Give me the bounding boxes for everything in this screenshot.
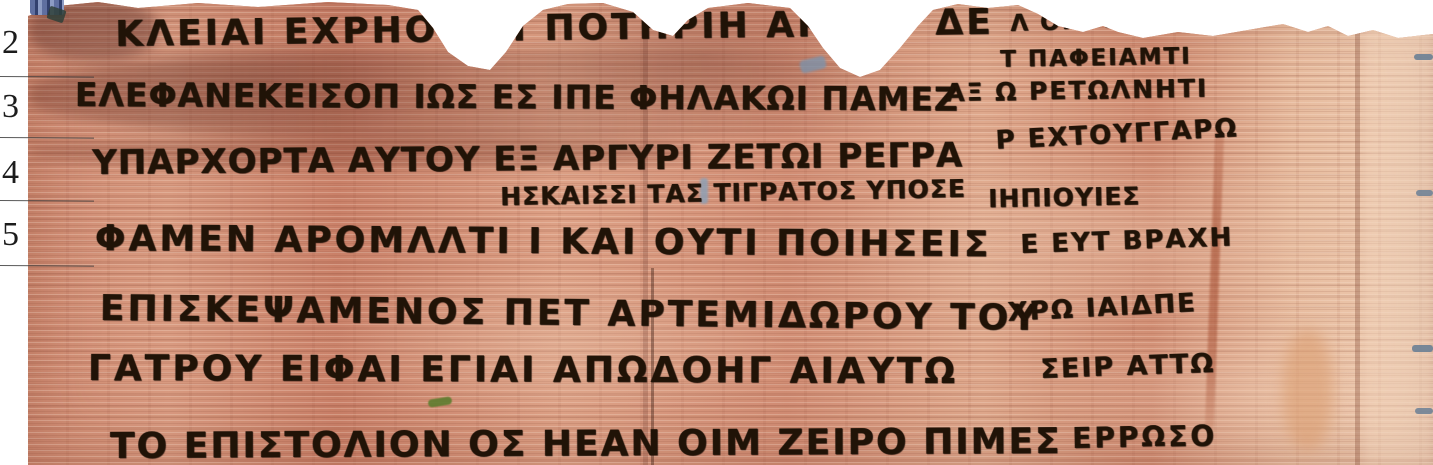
margin-note-6: ΧΡΩ ΙΑΙΔΠΕ <box>1007 290 1198 327</box>
margin-note-7: ΣΕΙΡ ΑΤΤΩ <box>1040 350 1216 384</box>
red-stain-streak <box>1205 130 1224 430</box>
gray-blue-smudge <box>799 55 827 74</box>
edge-mark-3 <box>1412 345 1433 352</box>
margin-note-3: ΑΞ Ω ΡΕΤΩΛΝΗΤΙ <box>945 75 1208 106</box>
papyrus-interlinear-line-a: ΗΣΚΑΙΣΣΙ ΤΑΣ ΤΙΓΡΑΤΟΣ ΥΠΟΣΕ <box>500 176 966 210</box>
margin-note-2: Τ ΠΑΦΕΙΑΜΤΙ <box>1000 45 1192 72</box>
papyrus-fragment: ΚΛΕΙΑΙ ΕΧΡΗΟ ΕΙ ΠΟΤΗΡΙΗ ΑΚΑΙ Υ ΔΕ ΕΛΕΦΑΝ… <box>28 0 1433 465</box>
edge-mark-4 <box>1415 408 1433 414</box>
line-number-3: 3 <box>2 90 19 124</box>
margin-note-1: Λ ΟΗΙ ΚΑΜ ΩΩΩ <box>1010 4 1243 36</box>
papyrus-text-line-7: ΓΑΤΡΟΥ ΕΙΦΑΙ ΕΓΙΑΙ ΑΠΩΔΟΗΓ ΑΙΑΥΤΩ <box>88 350 958 391</box>
line-number-5: 5 <box>2 218 19 252</box>
light-strip-right <box>1363 0 1433 465</box>
margin-note-4: Ρ ΕΧΤΟΥΓΓΑΡΩ <box>995 115 1239 155</box>
papyrus-text-line-2: ΚΛΕΙΑΙ ΕΧΡΗΟ ΕΙ ΠΟΤΗΡΙΗ ΑΚΑΙ Υ ΔΕ <box>115 4 994 54</box>
margin-note-farewell: ΕΡΡΩΣΟ <box>1072 421 1217 453</box>
papyrus-interlinear-line-b: ΙΗΠΙΟΥΙΕΣ <box>988 183 1141 212</box>
margin-note-5: Ε ΕΥΤ ΒΡΑΧΗ <box>1020 225 1234 260</box>
line-number-2: 2 <box>2 26 19 60</box>
line-number-4: 4 <box>2 156 19 190</box>
papyrus-text-line-5: ΦΑΜΕΝ ΑΡΟΜΛΛΤΙ Ι ΚΑΙ ΟΥΤΙ ΠΟΙΗΣΕΙΣ <box>95 220 992 264</box>
papyrus-text-line-8: ΤΟ ΕΠΙΣΤΟΛΙΟΝ ΟΣ ΗΕΑΝ ΟΙΜ ΖΕΙΡΟ ΠΙΜΕΣ <box>110 423 1062 465</box>
papyrus-figure: ΚΛΕΙΑΙ ΕΧΡΗΟ ΕΙ ΠΟΤΗΡΙΗ ΑΚΑΙ Υ ΔΕ ΕΛΕΦΑΝ… <box>0 0 1433 465</box>
edge-mark-1 <box>1414 54 1433 60</box>
tan-stain-patch <box>1283 330 1333 450</box>
papyrus-text-line-6: ΕΠΙΣΚΕΨΑΜΕΝΟΣ ΠΕΤ ΑΡΤΕΜΙΔΩΡΟΥ ΤΟΥ <box>100 290 1041 338</box>
green-mark <box>428 396 453 408</box>
papyrus-text-line-3: ΕΛΕΦΑΝΕΚΕΙΣΟΠ ΙΩΣ ΕΣ ΙΠΕ ΦΗΛΑΚΩΙ ΠΑΜΕΖ <box>75 78 959 117</box>
edge-mark-2 <box>1416 190 1433 196</box>
vertical-seam <box>1355 25 1360 465</box>
